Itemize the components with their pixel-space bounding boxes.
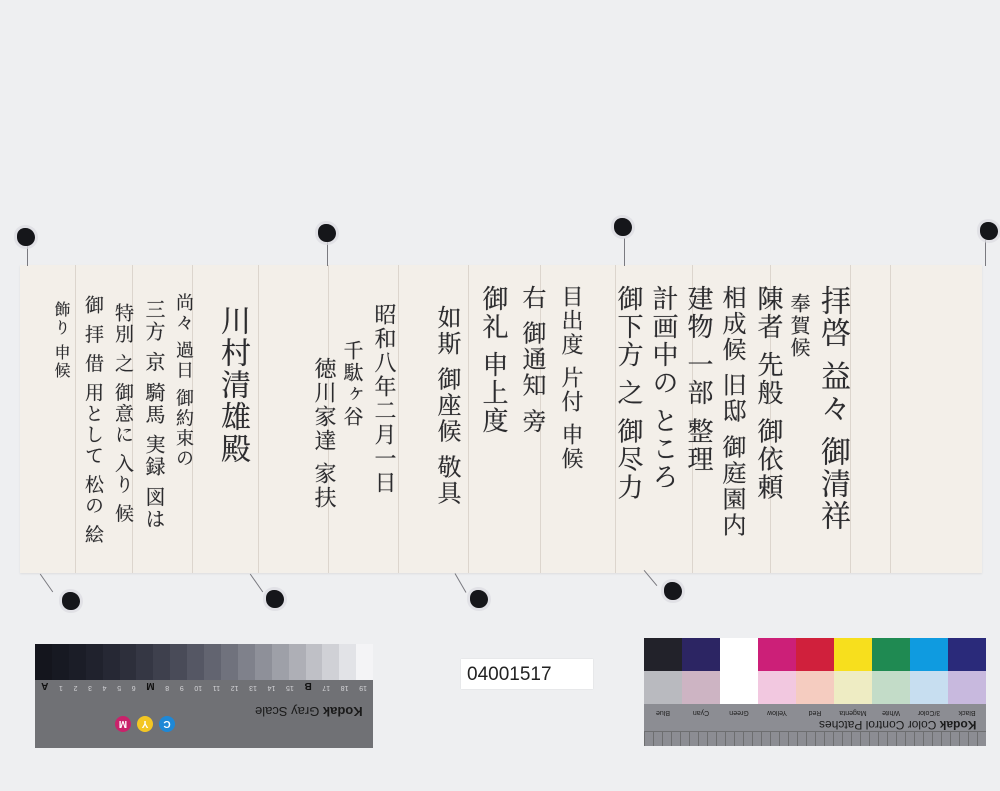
text-column: 相成候 旧邸 御庭園内 — [715, 285, 750, 538]
patch-row-top — [644, 638, 986, 671]
text-column: 三方 京 騎馬 実録 図は — [140, 299, 169, 530]
cmy-badges: M Y C — [115, 716, 175, 732]
pin-wire — [40, 574, 53, 593]
patch-row-bottom — [644, 671, 986, 704]
text-column: 御 拝 借 用として 松の 絵 — [80, 295, 107, 545]
text-column: 目出度 片付 申候 — [555, 285, 586, 471]
color-patches-title: Kodak Color Control Patches — [819, 718, 976, 732]
pin-wire — [455, 573, 467, 593]
fold-line — [75, 265, 76, 573]
pin-icon — [62, 592, 80, 610]
text-column: 右 御通知 旁 — [515, 285, 550, 434]
patch-labels: Blue Cyan Green Yellow Red Magenta White… — [644, 704, 986, 716]
pin-icon — [664, 582, 682, 600]
pin-wire — [250, 574, 263, 593]
fold-line — [890, 265, 891, 573]
fold-line — [468, 265, 469, 573]
addressee: 川村清雄殿 — [210, 305, 254, 465]
pin-icon — [266, 590, 284, 608]
pin-icon — [318, 224, 336, 242]
ruler — [644, 731, 986, 746]
place: 千駄ヶ谷 — [338, 340, 367, 428]
yellow-badge: Y — [137, 716, 153, 732]
gray-scale-ticks: A 1 2 3 4 5 6 M 8 9 10 11 12 13 14 15 B … — [35, 680, 373, 695]
text-column: 御礼 申上度 — [475, 285, 512, 435]
accession-number-label: 04001517 — [461, 659, 593, 689]
pin-icon — [614, 218, 632, 236]
date: 昭和八年二月一日 — [368, 303, 399, 495]
pin-wire — [985, 240, 986, 266]
text-column: 建物 一部 整理 — [680, 285, 717, 474]
letter-paper: 拝啓 益々 御清祥 奉賀候 陳者 先般 御依頼 相成候 旧邸 御庭園内 建物 一… — [20, 265, 982, 573]
text-column: 特別 之 御意に 入り 候 — [110, 303, 137, 524]
gray-steps — [35, 644, 373, 680]
kodak-color-patches-card: Blue Cyan Green Yellow Red Magenta White… — [644, 638, 986, 746]
magenta-badge: M — [115, 716, 131, 732]
text-column: 尚々 過日 御約束の — [170, 293, 196, 468]
pin-wire — [327, 242, 328, 266]
text-column: 御下方 之 御尽力 — [610, 285, 647, 502]
kodak-gray-scale-card: A 1 2 3 4 5 6 M 8 9 10 11 12 13 14 15 B … — [35, 644, 373, 748]
text-column: 計画中の ところ — [645, 285, 682, 491]
text-column: 如斯 御座候 敬具 — [430, 305, 465, 506]
text-column: 奉賀候 — [785, 293, 814, 359]
pin-wire — [27, 244, 28, 266]
gray-scale-title: Kodak Gray Scale — [255, 704, 363, 719]
pin-icon — [980, 222, 998, 240]
sender: 徳川家達 家扶 — [308, 357, 339, 510]
text-column: 拝啓 益々 御清祥 — [810, 285, 854, 532]
text-column: 陳者 先般 御依頼 — [750, 285, 787, 502]
pin-wire — [624, 238, 625, 266]
cyan-badge: C — [159, 716, 175, 732]
pin-icon — [470, 590, 488, 608]
text-column: 飾り 申候 — [50, 301, 73, 380]
pin-icon — [17, 228, 35, 246]
fold-line — [258, 265, 259, 573]
